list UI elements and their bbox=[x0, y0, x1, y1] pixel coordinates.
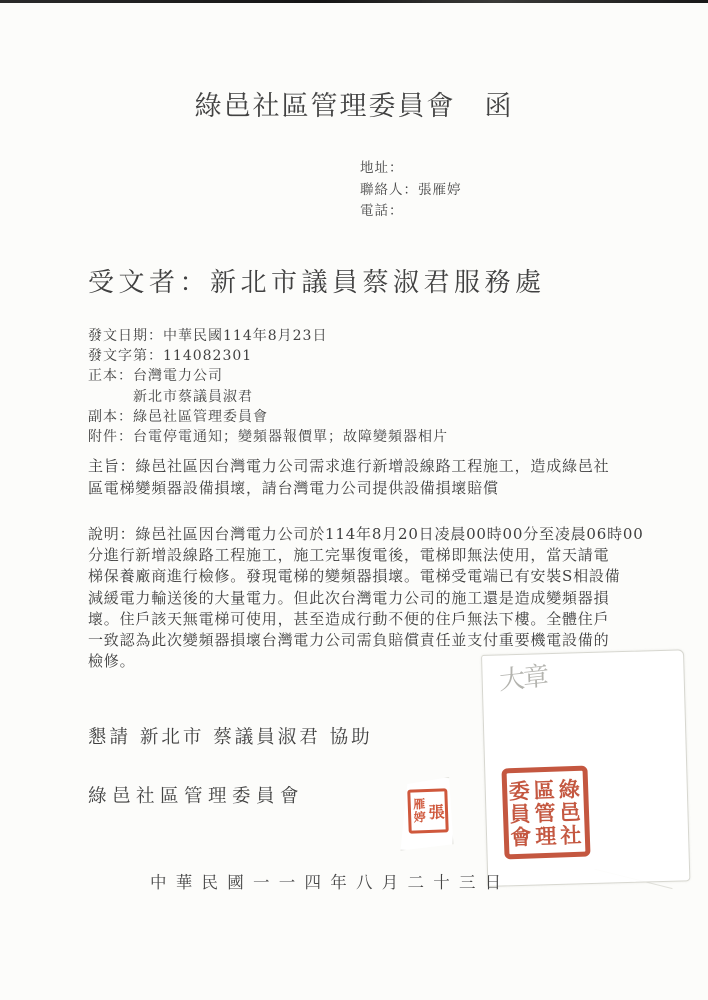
document-date-line: 中 華 民 國 一 一 四 年 八 月 二 十 三 日 bbox=[150, 869, 503, 893]
scan-edge-top bbox=[0, 0, 708, 3]
sender-address-line: 地址： bbox=[360, 158, 462, 180]
sender-info-block: 地址： 聯絡人：張雁婷 電話： bbox=[360, 158, 462, 223]
request-line: 懇請 新北市 蔡議員淑君 協助 bbox=[88, 723, 373, 749]
recipient-line: 受文者：新北市議員蔡淑君服務處 bbox=[88, 262, 546, 299]
sender-contact-line: 聯絡人：張雁婷 bbox=[360, 180, 462, 202]
original-to-line: 正本：台灣電力公司 bbox=[88, 366, 448, 386]
personal-seal-stamp: 張 雁 婷 bbox=[407, 788, 449, 833]
copy-to-line: 副本：綠邑社區管理委員會 bbox=[88, 407, 448, 427]
doc-number-line: 發文字第：114082301 bbox=[88, 346, 448, 366]
committee-seal-stamp: 綠邑社區管理委員會 bbox=[501, 766, 590, 860]
sender-phone-line: 電話： bbox=[360, 201, 462, 223]
attachments-line: 附件：台電停電通知；變頻器報價單；故障變頻器相片 bbox=[88, 427, 448, 447]
original-to-line-2: 新北市蔡議員淑君 bbox=[88, 387, 448, 407]
issue-date-line: 發文日期：中華民國114年8月23日 bbox=[88, 326, 448, 346]
document-meta-block: 發文日期：中華民國114年8月23日 發文字第：114082301 正本：台灣電… bbox=[88, 326, 448, 447]
description-paragraph: 說明：綠邑社區因台灣電力公司於114年8月20日凌晨00時00分至凌晨06時00… bbox=[88, 524, 644, 672]
subject-paragraph: 主旨：綠邑社區因台灣電力公司需求進行新增設線路工程施工，造成綠邑社 區電梯變頻器… bbox=[88, 456, 640, 500]
personal-seal-char-right: 張 bbox=[427, 791, 445, 830]
personal-seal-char-left-bottom: 婷 bbox=[413, 811, 425, 824]
personal-seal-left-column: 雁 婷 bbox=[410, 792, 428, 831]
document-title: 綠邑社區管理委員會 函 bbox=[0, 84, 708, 123]
handwritten-note: 大章 bbox=[498, 655, 547, 697]
signature-org-line: 綠邑社區管理委員會 bbox=[88, 782, 304, 808]
